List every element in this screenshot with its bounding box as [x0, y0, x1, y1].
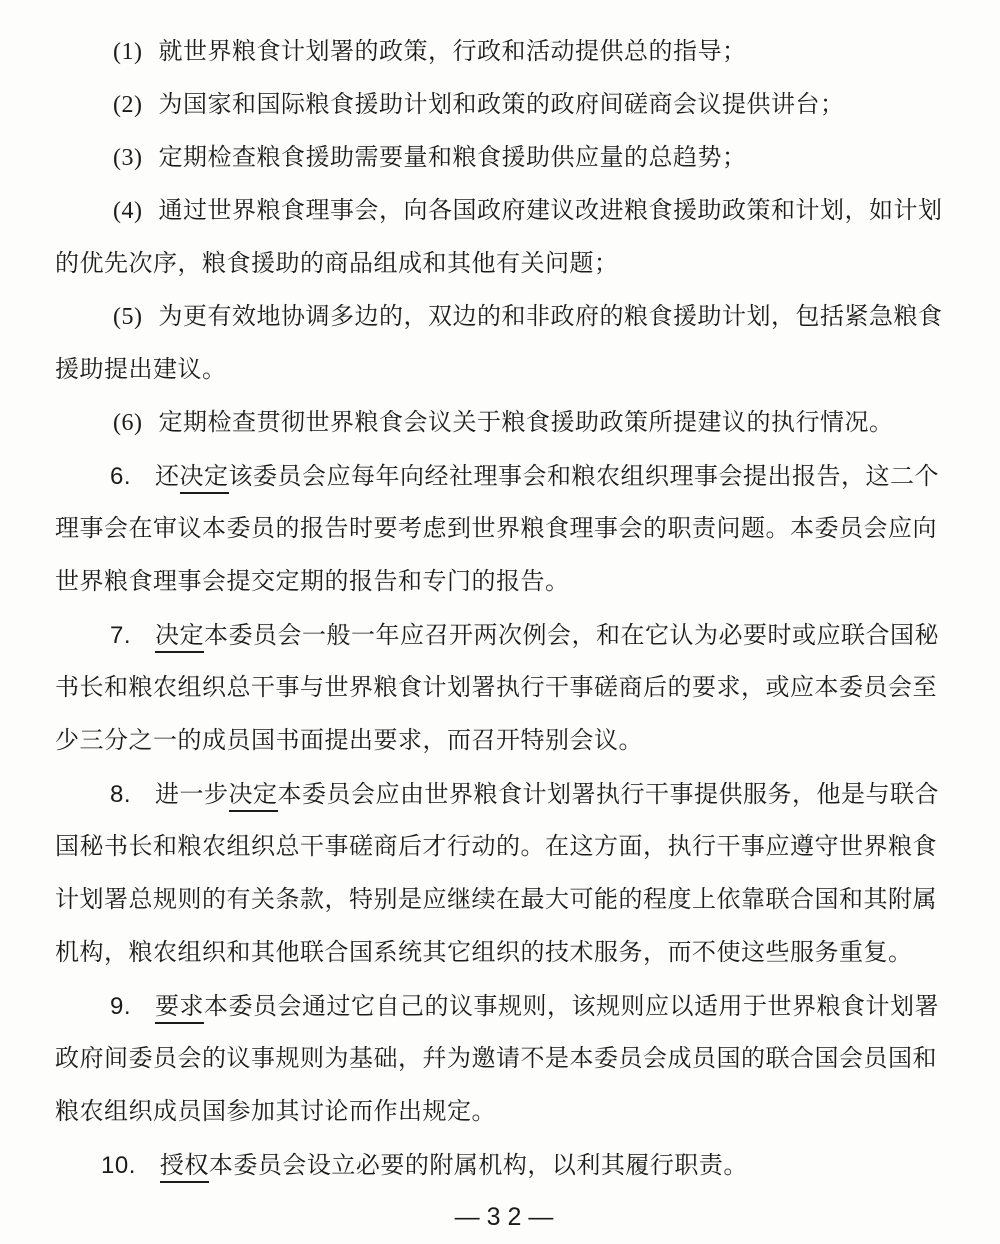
paragraph-number: 6.: [110, 450, 131, 503]
paragraph-line: 6.还决定该委员会应每年向经社理事会和粮农组织理事会提出报告，这二个: [55, 450, 960, 503]
list-item-marker: (5): [113, 291, 142, 344]
list-item-text: 为国家和国际粮食援助计划和政策的政府间磋商会议提供讲台；: [158, 92, 844, 118]
list-item-line: (4)通过世界粮食理事会，向各国政府建议改进粮食援助政策和计划，如计划: [55, 185, 960, 238]
list-item-line: 援助提出建议。: [55, 344, 960, 397]
list-item-line: (6)定期检查贯彻世界粮食会议关于粮食援助政策所提建议的执行情况。: [55, 397, 960, 450]
paragraph-line: 计划署总规则的有关条款，特别是应继续在最大可能的程度上依靠联合国和其附属: [55, 874, 960, 927]
list-item-marker: (1): [113, 26, 142, 79]
operative-keyword: 授权: [160, 1153, 209, 1183]
paragraph-text: 该委员会应每年向经社理事会和粮农组织理事会提出报告，这二个: [229, 464, 940, 490]
paragraph-line: 少三分之一的成员国书面提出要求，而召开特别会议。: [55, 715, 960, 768]
list-item-marker: (4): [113, 185, 142, 238]
list-item-marker: (2): [113, 79, 142, 132]
list-item-line: (1)就世界粮食计划署的政策，行政和活动提供总的指导；: [55, 26, 960, 79]
paragraph-line: 7.决定本委员会一般一年应召开两次例会，和在它认为必要时或应联合国秘: [55, 609, 960, 662]
paragraph-line: 政府间委员会的议事规则为基础，幷为邀请不是本委员会成员国的联合国会员国和: [55, 1033, 960, 1086]
list-item-marker: (3): [113, 132, 142, 185]
paragraph-text: 本委员会通过它自己的议事规则，该规则应以适用于世界粮食计划署: [204, 994, 939, 1020]
operative-paragraph: 6.还决定该委员会应每年向经社理事会和粮农组织理事会提出报告，这二个 理事会在审…: [55, 450, 960, 609]
paragraph-pre-text: 还: [155, 464, 180, 490]
list-item-line: (3)定期检查粮食援助需要量和粮食援助供应量的总趋势；: [55, 132, 960, 185]
page-number: —32—: [55, 1197, 960, 1237]
paragraph-pre-text: 进一步: [155, 782, 229, 808]
list-item: (3)定期检查粮食援助需要量和粮食援助供应量的总趋势；: [55, 132, 960, 185]
paragraph-text: 本委员会应由世界粮食计划署执行干事提供服务，他是与联合: [278, 782, 940, 808]
paragraph-text: 本委员会设立必要的附属机构，以利其履行职责。: [209, 1153, 748, 1179]
paragraph-number: 8.: [110, 768, 131, 821]
list-item-text: 定期检查贯彻世界粮食会议关于粮食援助政策所提建议的执行情况。: [158, 410, 893, 436]
paragraph-text: 本委员会一般一年应召开两次例会，和在它认为必要时或应联合国秘: [204, 623, 939, 649]
list-item-text: 通过世界粮食理事会，向各国政府建议改进粮食援助政策和计划，如计划: [158, 198, 942, 224]
paragraph-line: 理事会在审议本委员的报告时要考虑到世界粮食理事会的职责问题。本委员会应向: [55, 503, 960, 556]
list-item-marker: (6): [113, 397, 142, 450]
paragraph-line: 书长和粮农组织总干事与世界粮食计划署执行干事磋商后的要求，或应本委员会至: [55, 662, 960, 715]
operative-keyword: 决定: [155, 623, 204, 653]
list-item: (6)定期检查贯彻世界粮食会议关于粮食援助政策所提建议的执行情况。: [55, 397, 960, 450]
operative-paragraph: 7.决定本委员会一般一年应召开两次例会，和在它认为必要时或应联合国秘 书长和粮农…: [55, 609, 960, 768]
paragraph-line: 机构，粮农组织和其他联合国系统其它组织的技术服务，而不使这些服务重复。: [55, 927, 960, 980]
list-item-line: (5)为更有效地协调多边的，双边的和非政府的粮食援助计划，包括紧急粮食: [55, 291, 960, 344]
list-item-text: 为更有效地协调多边的，双边的和非政府的粮食援助计划，包括紧急粮食: [158, 304, 942, 330]
paragraph-line: 8.进一步决定本委员会应由世界粮食计划署执行干事提供服务，他是与联合: [55, 768, 960, 821]
paragraph-line: 世界粮食理事会提交定期的报告和专门的报告。: [55, 556, 960, 609]
list-item: (4)通过世界粮食理事会，向各国政府建议改进粮食援助政策和计划，如计划 的优先次…: [55, 185, 960, 291]
operative-keyword: 要求: [155, 994, 204, 1024]
list-item-text: 就世界粮食计划署的政策，行政和活动提供总的指导；: [158, 39, 746, 65]
paragraph-line: 10.授权本委员会设立必要的附属机构，以利其履行职责。: [55, 1139, 960, 1192]
list-item: (5)为更有效地协调多边的，双边的和非政府的粮食援助计划，包括紧急粮食 援助提出…: [55, 291, 960, 397]
scanned-document-page: (1)就世界粮食计划署的政策，行政和活动提供总的指导； (2)为国家和国际粮食援…: [0, 0, 1000, 1244]
operative-paragraph: 8.进一步决定本委员会应由世界粮食计划署执行干事提供服务，他是与联合 国秘书长和…: [55, 768, 960, 980]
paragraph-number: 7.: [110, 609, 131, 662]
list-item-line: (2)为国家和国际粮食援助计划和政策的政府间磋商会议提供讲台；: [55, 79, 960, 132]
paragraph-line: 粮农组织成员国参加其讨论而作出规定。: [55, 1086, 960, 1139]
paragraph-number: 9.: [110, 980, 131, 1033]
list-item-text: 定期检查粮食援助需要量和粮食援助供应量的总趋势；: [158, 145, 746, 171]
operative-keyword: 决定: [229, 782, 278, 812]
paragraph-line: 国秘书长和粮农组织总干事磋商后才行动的。在这方面，执行干事应遵守世界粮食: [55, 821, 960, 874]
list-item: (1)就世界粮食计划署的政策，行政和活动提供总的指导；: [55, 26, 960, 79]
list-item: (2)为国家和国际粮食援助计划和政策的政府间磋商会议提供讲台；: [55, 79, 960, 132]
operative-keyword: 决定: [180, 464, 229, 494]
operative-paragraph: 9.要求本委员会通过它自己的议事规则，该规则应以适用于世界粮食计划署 政府间委员…: [55, 980, 960, 1139]
paragraph-number: 10.: [101, 1139, 136, 1192]
list-item-line: 的优先次序，粮食援助的商品组成和其他有关问题；: [55, 238, 960, 291]
paragraph-line: 9.要求本委员会通过它自己的议事规则，该规则应以适用于世界粮食计划署: [55, 980, 960, 1033]
operative-paragraph: 10.授权本委员会设立必要的附属机构，以利其履行职责。: [55, 1139, 960, 1192]
